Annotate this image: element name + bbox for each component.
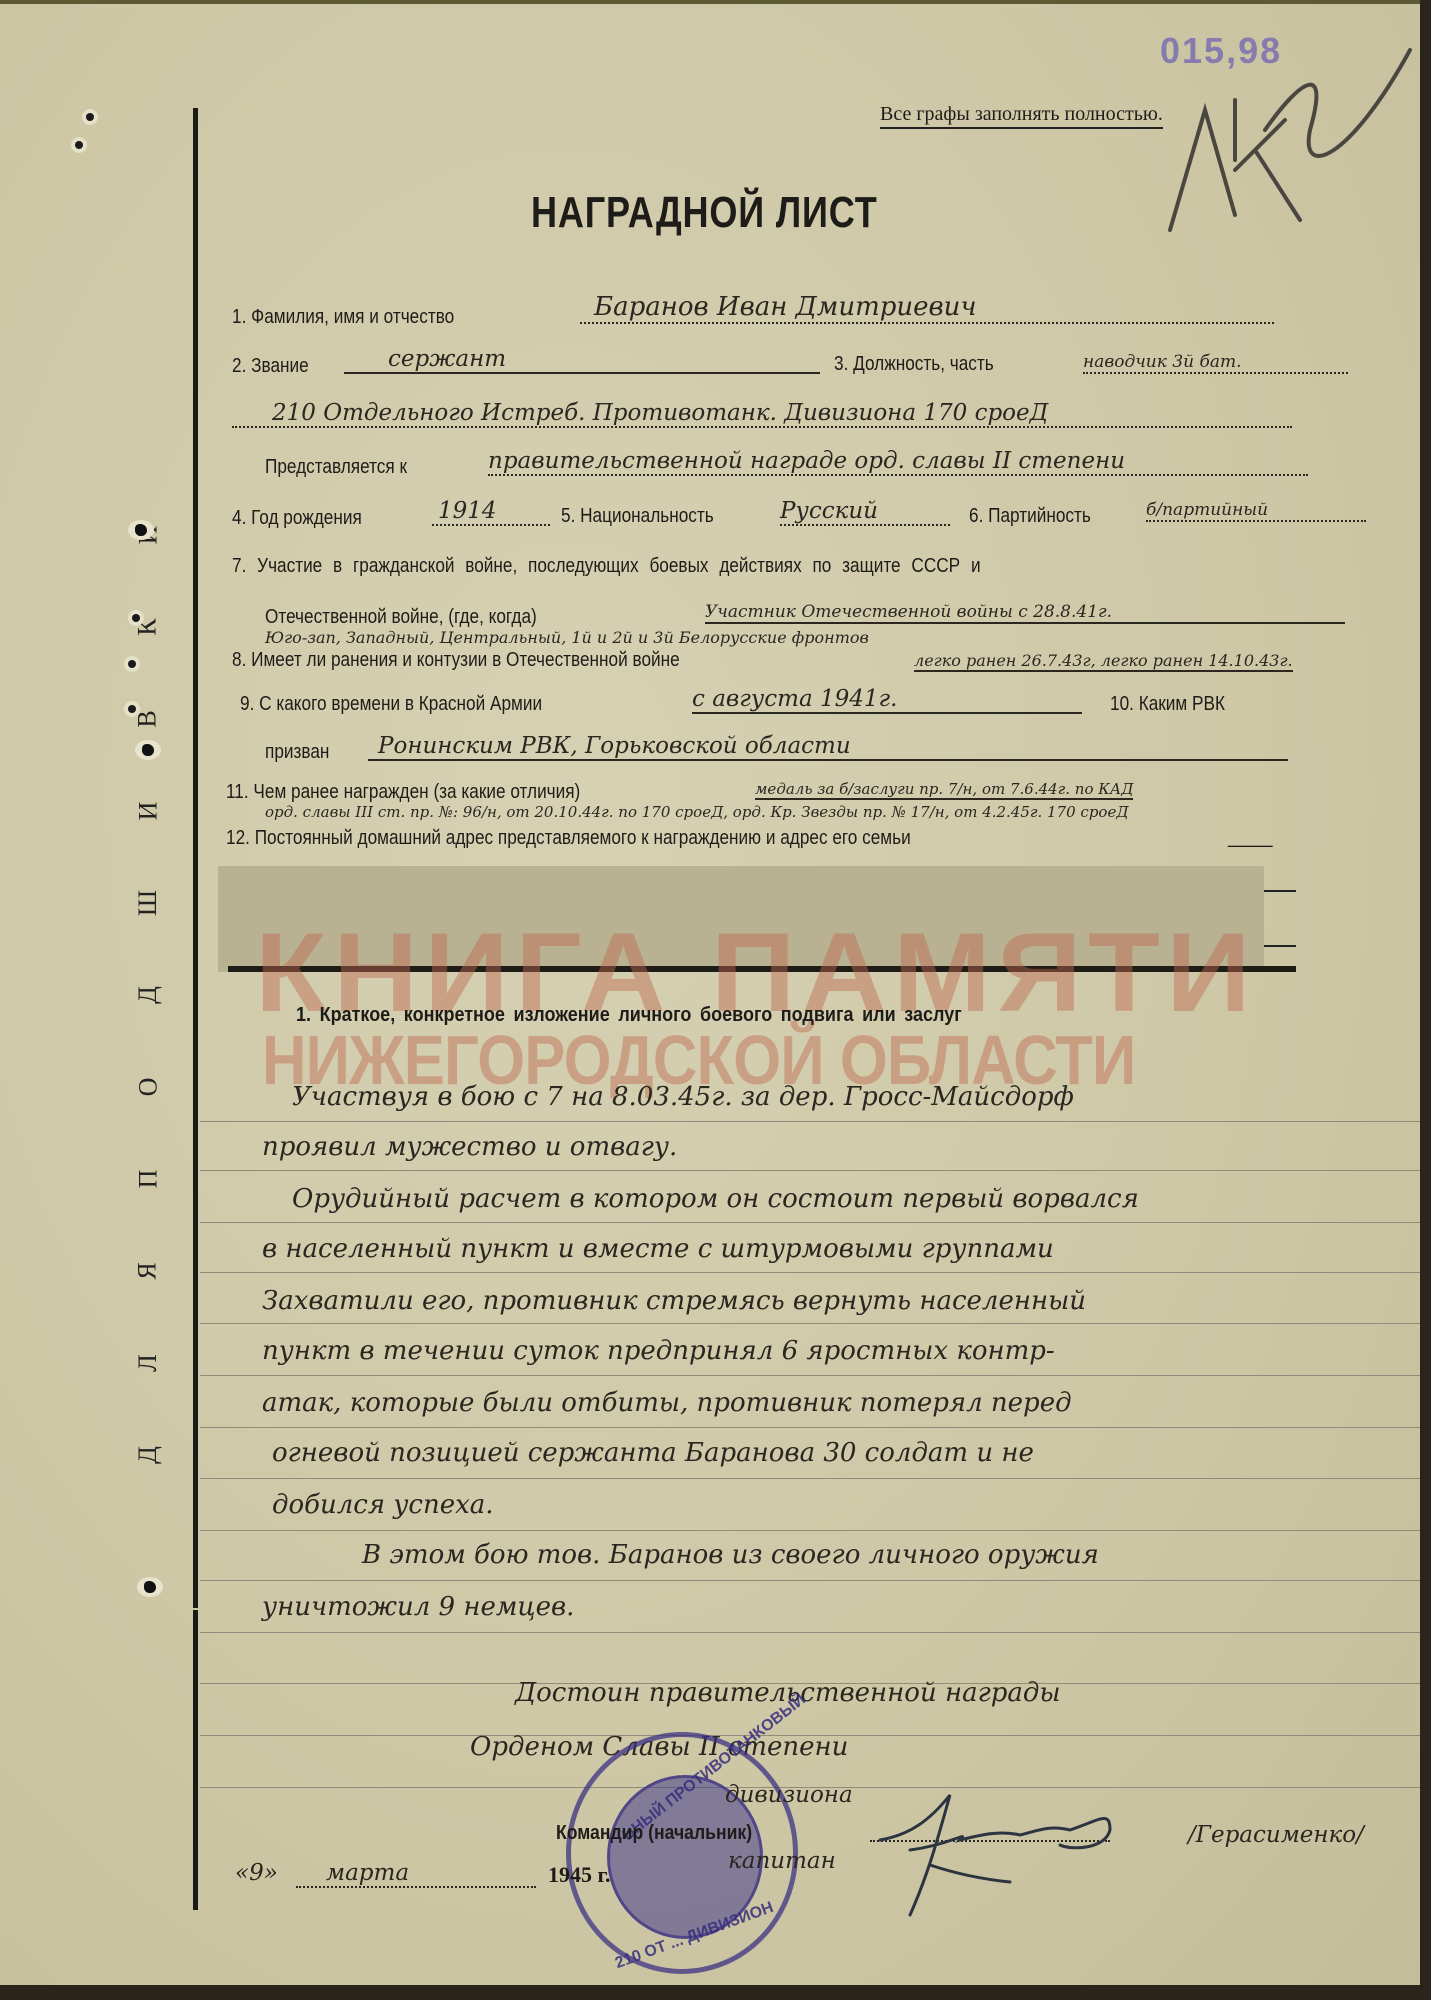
field-7-value[interactable]: Участник Отечественной войны с 28.8.41г.	[705, 602, 1345, 624]
field-1-value[interactable]: Баранов Иван Дмитриевич	[580, 292, 1274, 324]
field-10-value[interactable]: Ронинским РВК, Горьковской области	[368, 733, 1288, 761]
narrative-line: Орудийный расчет в котором он состоит пе…	[292, 1184, 1139, 1214]
field-5-label: 5. Национальность	[561, 505, 714, 528]
binding-letter: Д	[133, 1446, 163, 1464]
narrative-line: атак, которые были отбиты, противник пот…	[262, 1388, 1072, 1418]
punch-hole-icon	[128, 660, 136, 668]
binding-letter: И	[133, 802, 163, 821]
binding-letter: Д	[133, 986, 163, 1004]
field-10-label-cont: призван	[265, 741, 329, 764]
date-day: 9	[249, 1860, 264, 1886]
field-7-label-cont: Отечественной войне, (где, когда)	[265, 606, 537, 629]
field-4-label: 4. Год рождения	[232, 507, 362, 530]
field-3-label: 3. Должность, часть	[834, 353, 994, 376]
narrative-line: огневой позицией сержанта Баранова 30 со…	[272, 1438, 1034, 1468]
field-8-value[interactable]: легко ранен 26.7.43г, легко ранен 14.10.…	[914, 651, 1293, 672]
field-3-value-continued[interactable]: 210 Отдельного Истреб. Противотанк. Диви…	[232, 400, 1292, 428]
field-4-value[interactable]: 1914	[432, 498, 550, 526]
binding-letter: П	[133, 1170, 163, 1189]
binding-letter: Л	[133, 1354, 163, 1372]
field-10-label: 10. Каким РВК	[1110, 693, 1225, 716]
pencil-mark-icon	[1160, 40, 1420, 240]
punch-hole-icon	[128, 705, 136, 713]
section-heading: 1. Краткое, конкретное изложение личного…	[296, 1004, 962, 1027]
signer-name: /Герасименко/	[1188, 1822, 1364, 1848]
field-6-value[interactable]: б/партийный	[1146, 500, 1366, 522]
binding-letter: Я	[133, 1262, 163, 1279]
binding-letter: О	[133, 1078, 163, 1097]
punch-hole-icon	[137, 1577, 163, 1597]
binding-margin-line	[193, 108, 198, 1608]
field-12-label: 12. Постоянный домашний адрес представля…	[226, 827, 911, 850]
field-9-label: 9. С какого времени в Красной Армии	[240, 693, 542, 716]
binding-letter: Ш	[133, 890, 163, 916]
field-5-value[interactable]: Русский	[780, 498, 950, 526]
narrative-line: пункт в течении суток предпринял 6 ярост…	[262, 1336, 1055, 1366]
nomination-value[interactable]: правительственной награде орд. славы II …	[488, 448, 1308, 476]
field-7-value-continued[interactable]: Юго-зап, Западный, Центральный, 1й и 2й …	[265, 628, 869, 647]
punch-hole-icon	[75, 141, 83, 149]
instruction-text: Все графы заполнять полностью.	[880, 103, 1163, 126]
field-7-label: 7. Участие в гражданской войне, последую…	[232, 555, 981, 578]
date-day-field[interactable]: «9»	[235, 1860, 278, 1886]
punch-hole-icon	[86, 113, 94, 121]
address-line-stub	[1264, 890, 1296, 892]
narrative-line: В этом бою тов. Баранов из своего личног…	[362, 1540, 1099, 1570]
binding-letter: В	[133, 710, 163, 727]
nomination-label: Представляется к	[265, 456, 407, 479]
date-year: 1945 г.	[548, 1862, 611, 1888]
page-edge-right	[1420, 0, 1431, 2000]
punch-hole-icon	[135, 740, 161, 760]
page-edge-top	[0, 0, 1431, 4]
rank-handwritten: капитан	[728, 1848, 836, 1874]
punch-hole-icon	[132, 614, 140, 622]
field-11-value[interactable]: медаль за б/заслуги пр. 7/н, от 7.6.44г.…	[755, 780, 1133, 800]
field-1-label: 1. Фамилия, имя и отчество	[232, 306, 454, 329]
narrative-line: уничтожил 9 немцев.	[262, 1592, 574, 1622]
page-edge-bottom	[0, 1985, 1431, 2000]
binding-margin-line-lower	[193, 1610, 198, 1910]
field-11-label: 11. Чем ранее награжден (за какие отличи…	[226, 781, 580, 804]
field-2-label: 2. Звание	[232, 355, 309, 378]
address-line-stub	[1264, 945, 1296, 947]
commander-label: Командир (начальник)	[556, 1822, 752, 1845]
field-8-label: 8. Имеет ли ранения и контузии в Отечест…	[232, 649, 680, 672]
signature-icon	[870, 1790, 1160, 1920]
field-12-value[interactable]: ____	[1228, 826, 1273, 849]
date-month-field[interactable]: марта	[296, 1860, 536, 1888]
page-title: НАГРАДНОЙ ЛИСТ	[531, 188, 878, 238]
narrative-line: проявил мужество и отвагу.	[262, 1132, 677, 1162]
instruction-label: Все графы заполнять полностью.	[880, 103, 1163, 129]
narrative-line: Участвуя в бою с 7 на 8.03.45г. за дер. …	[292, 1082, 1074, 1112]
narrative-line: добился успеха.	[272, 1490, 494, 1520]
field-2-value[interactable]: сержант	[344, 346, 820, 374]
narrative-line: Захватили его, противник стремясь вернут…	[262, 1286, 1086, 1316]
narrative-line: в населенный пункт и вместе с штурмовыми…	[262, 1234, 1054, 1264]
unit-handwritten: дивизиона	[725, 1782, 853, 1808]
punch-hole-icon	[128, 520, 154, 540]
field-11-value-continued[interactable]: орд. славы III ст. пр. №: 96/н, от 20.10…	[265, 803, 1129, 821]
field-9-value[interactable]: с августа 1941г.	[692, 686, 1082, 714]
field-3-value[interactable]: наводчик 3й бат.	[1083, 352, 1348, 374]
field-6-label: 6. Партийность	[969, 505, 1091, 528]
